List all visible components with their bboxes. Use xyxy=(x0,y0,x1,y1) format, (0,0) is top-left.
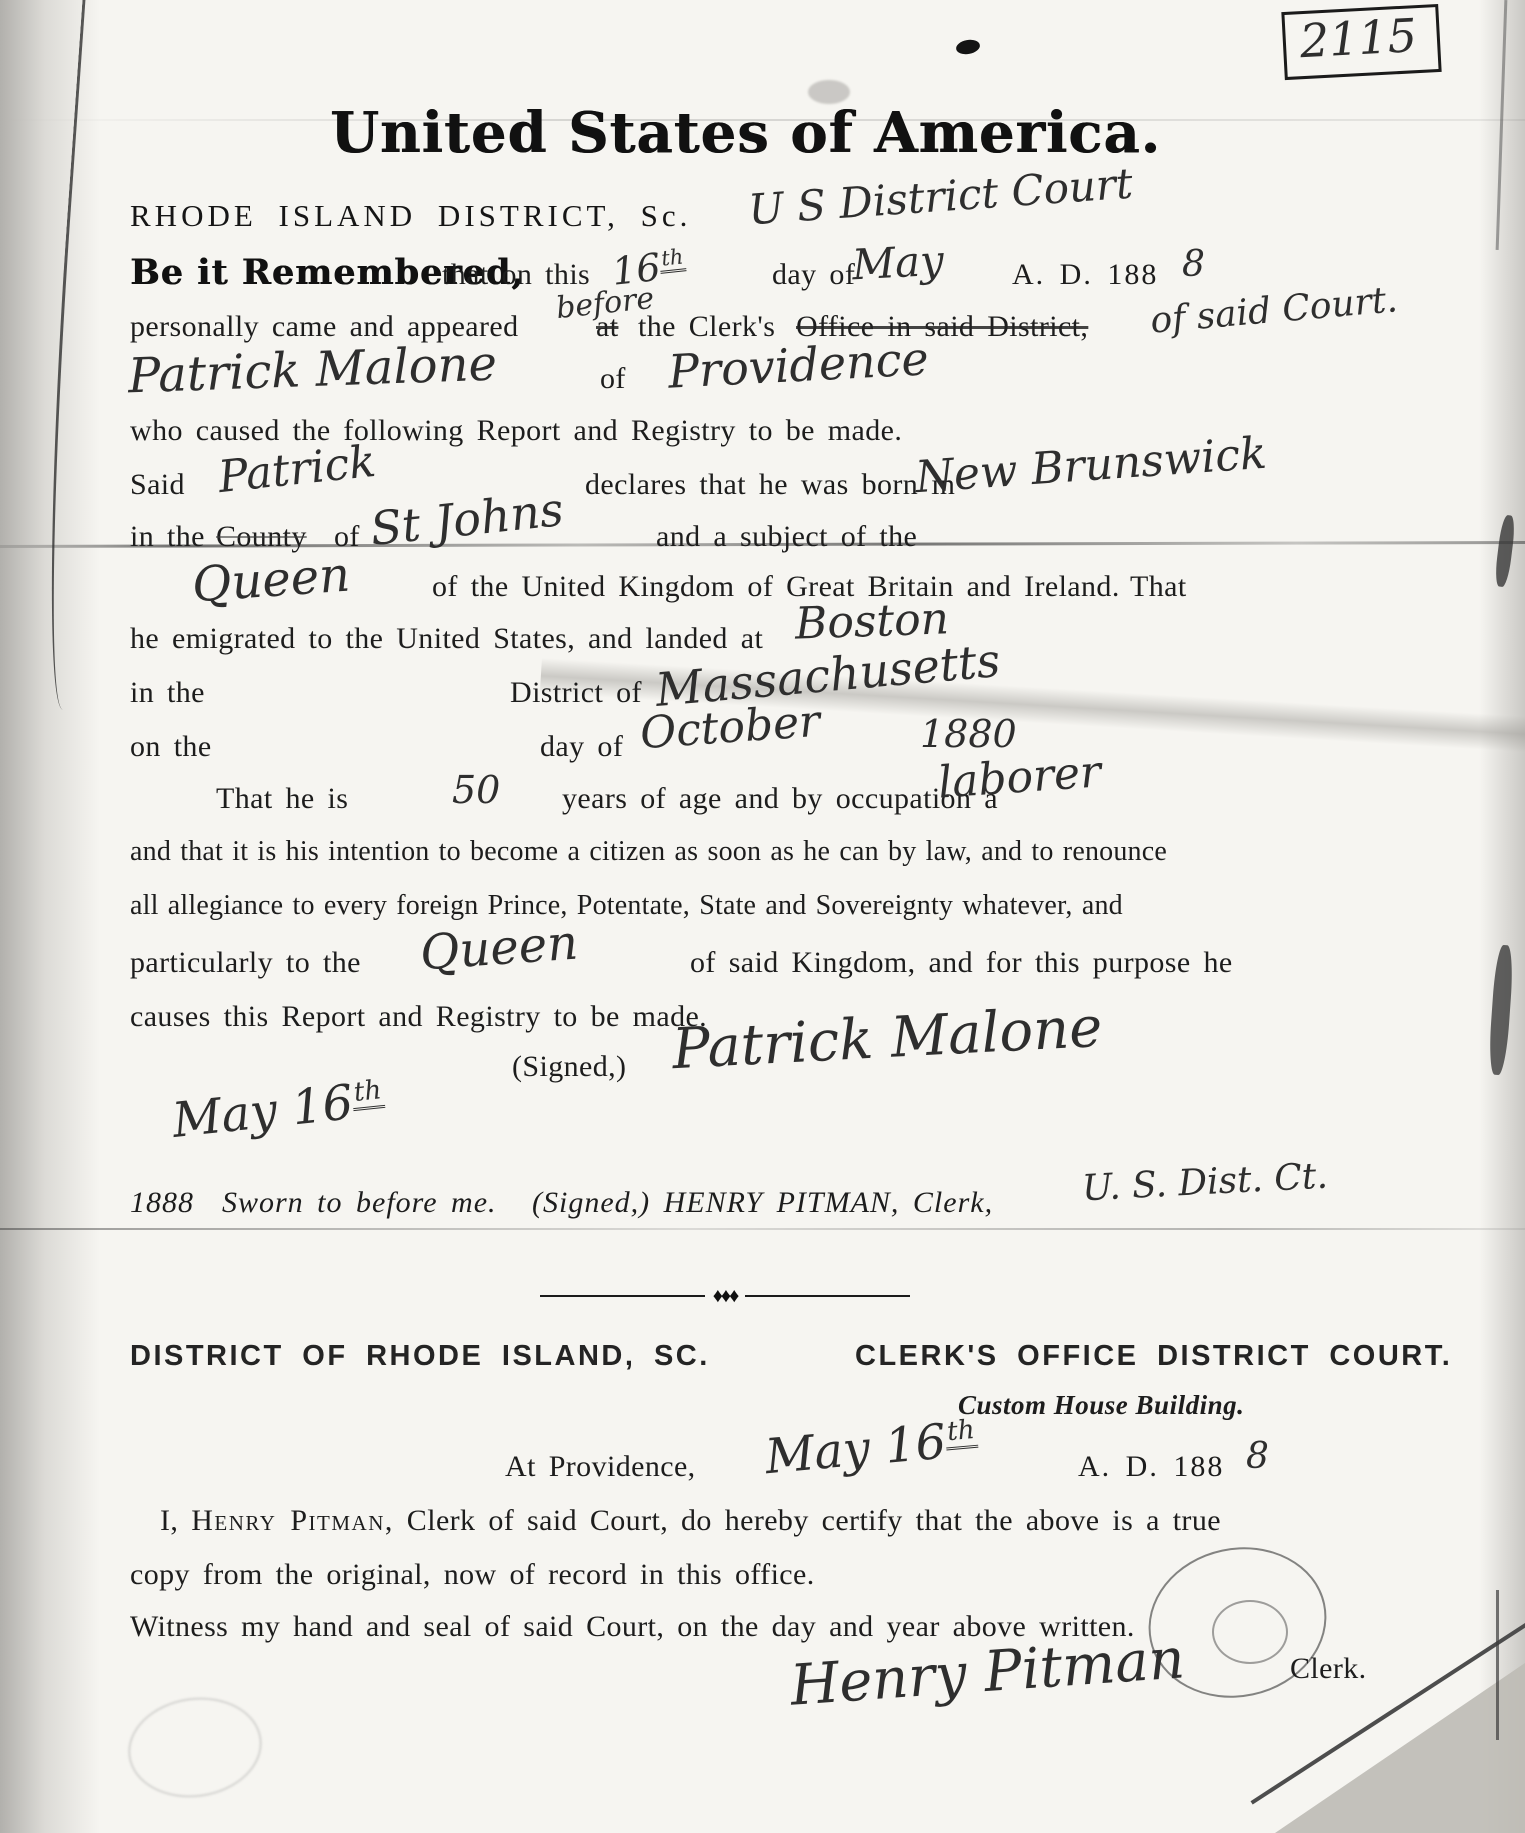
sworn-year: 1888 xyxy=(130,1186,194,1220)
clerks-office-heading: CLERK'S OFFICE DISTRICT COURT. xyxy=(855,1340,1452,1373)
occupation-handwritten: laborer xyxy=(936,746,1102,808)
on-the-text: on the xyxy=(130,730,212,764)
landing-year-handwritten: 1880 xyxy=(920,712,1017,756)
sworn-signed-text: (Signed,) HENRY PITMAN, Clerk, xyxy=(532,1186,993,1220)
of-text: of xyxy=(600,362,626,396)
that-he-is-text: That he is xyxy=(216,782,348,816)
day-ordinal-suffix: th xyxy=(658,245,687,275)
doc-number: 2115 xyxy=(1281,4,1441,80)
declarant-name-handwritten: Patrick Malone xyxy=(127,336,498,405)
sign-date: May 16 xyxy=(170,1074,356,1149)
certify-line-1: I, Henry Pitman, Clerk of said Court, do… xyxy=(160,1504,1221,1538)
certify-clerk-name: Henry Pitman, xyxy=(191,1504,394,1537)
district-of-text: District of xyxy=(510,676,642,710)
month-handwritten: May xyxy=(851,236,945,290)
divider-line-right xyxy=(745,1295,910,1297)
divider-diamonds-icon: ♦♦♦ xyxy=(713,1286,738,1306)
that-word-text: That xyxy=(1130,570,1187,604)
emigrated-text: he emigrated to the United States, and l… xyxy=(130,622,763,656)
certificate-date-ordinal-suffix: th xyxy=(944,1414,978,1451)
sign-date-handwritten: May 16th xyxy=(170,1071,388,1149)
sovereign-handwritten: Queen xyxy=(190,547,352,614)
pen-flourish-loop-small xyxy=(1212,1600,1288,1664)
certificate-district-heading: DISTRICT OF RHODE ISLAND, SC. xyxy=(130,1340,710,1373)
smudge-bottom-left xyxy=(122,1689,268,1806)
clerk-label: Clerk. xyxy=(1290,1652,1367,1686)
sign-date-ordinal-suffix: th xyxy=(350,1074,385,1111)
intention-text: and that it is his intention to become a… xyxy=(130,836,1167,868)
sworn-label: Sworn to before me. xyxy=(222,1186,497,1220)
district-heading: RHODE ISLAND DISTRICT, Sc. xyxy=(130,198,691,234)
kingdom2-text: of said Kingdom, and for this purpose he xyxy=(690,946,1233,980)
sovereign2-handwritten: Queen xyxy=(418,915,580,982)
said-text: Said xyxy=(130,468,185,502)
years-of-age-text: years of age and by occupation a xyxy=(562,782,998,816)
signed-label: (Signed,) xyxy=(512,1050,626,1084)
caused-report-text: who caused the following Report and Regi… xyxy=(130,414,902,448)
causes-text: causes this Report and Registry to be ma… xyxy=(130,1000,707,1034)
certify-prefix: I, xyxy=(160,1504,178,1537)
folded-corner-bottom-right xyxy=(1275,1663,1525,1833)
ad-year-printed: A. D. 188 xyxy=(1012,258,1158,292)
at-providence-text: At Providence, xyxy=(505,1450,696,1484)
sworn-court-handwritten: U. S. Dist. Ct. xyxy=(1081,1156,1329,1210)
the-clerks-text: the Clerk's xyxy=(638,310,775,344)
scan-edge-right-shadow xyxy=(1479,0,1525,1833)
building-name: Custom House Building. xyxy=(958,1390,1244,1421)
ink-dot xyxy=(955,38,981,56)
that-on-this-text: that on this xyxy=(442,258,590,292)
day-of-text-2: day of xyxy=(540,730,623,764)
declarant-signature-handwritten: Patrick Malone xyxy=(671,995,1104,1082)
section-divider: ♦♦♦ xyxy=(540,1286,910,1306)
fold-crease-lower xyxy=(0,1228,1525,1230)
kingdom-text: of the United Kingdom of Great Britain a… xyxy=(432,570,1120,604)
age-handwritten: 50 xyxy=(452,768,500,812)
day-of-text: day of xyxy=(772,258,855,292)
allegiance-text: all allegiance to every foreign Prince, … xyxy=(130,890,1123,922)
of-said-court-handwritten: of said Court. xyxy=(1149,279,1400,341)
certify-line-2: copy from the original, now of record in… xyxy=(130,1558,815,1592)
witness-line: Witness my hand and seal of said Court, … xyxy=(130,1610,1135,1644)
court-name-handwritten: U S District Court xyxy=(747,159,1135,235)
county-word-struck: County xyxy=(216,520,307,554)
certificate-ad-year-printed: A. D. 188 xyxy=(1078,1450,1224,1484)
in-the-text: in the xyxy=(130,520,205,554)
paper-edge-bottom-right-line xyxy=(1496,1590,1499,1740)
year-last-digit-handwritten: 8 xyxy=(1182,244,1205,285)
at-word-struck: at xyxy=(596,310,618,344)
in-the-text-2: in the xyxy=(130,676,205,710)
declares-born-text: declares that he was born in xyxy=(585,468,955,502)
doc-number-box: 2115 xyxy=(1281,4,1441,80)
scanned-document-page: 2115 United States of America. RHODE ISL… xyxy=(0,0,1525,1833)
certificate-year-last-digit-handwritten: 8 xyxy=(1246,1436,1269,1477)
page-title: United States of America. xyxy=(330,100,990,166)
certify-rest: Clerk of said Court, do hereby certify t… xyxy=(407,1504,1221,1537)
certificate-date: May 16 xyxy=(763,1414,948,1486)
particularly-text: particularly to the xyxy=(130,946,361,980)
birthplace-handwritten: New Brunswick xyxy=(914,428,1269,503)
subject-of-text: and a subject of the xyxy=(656,520,917,554)
divider-line-left xyxy=(540,1295,705,1297)
certificate-date-handwritten: May 16th xyxy=(763,1411,980,1485)
